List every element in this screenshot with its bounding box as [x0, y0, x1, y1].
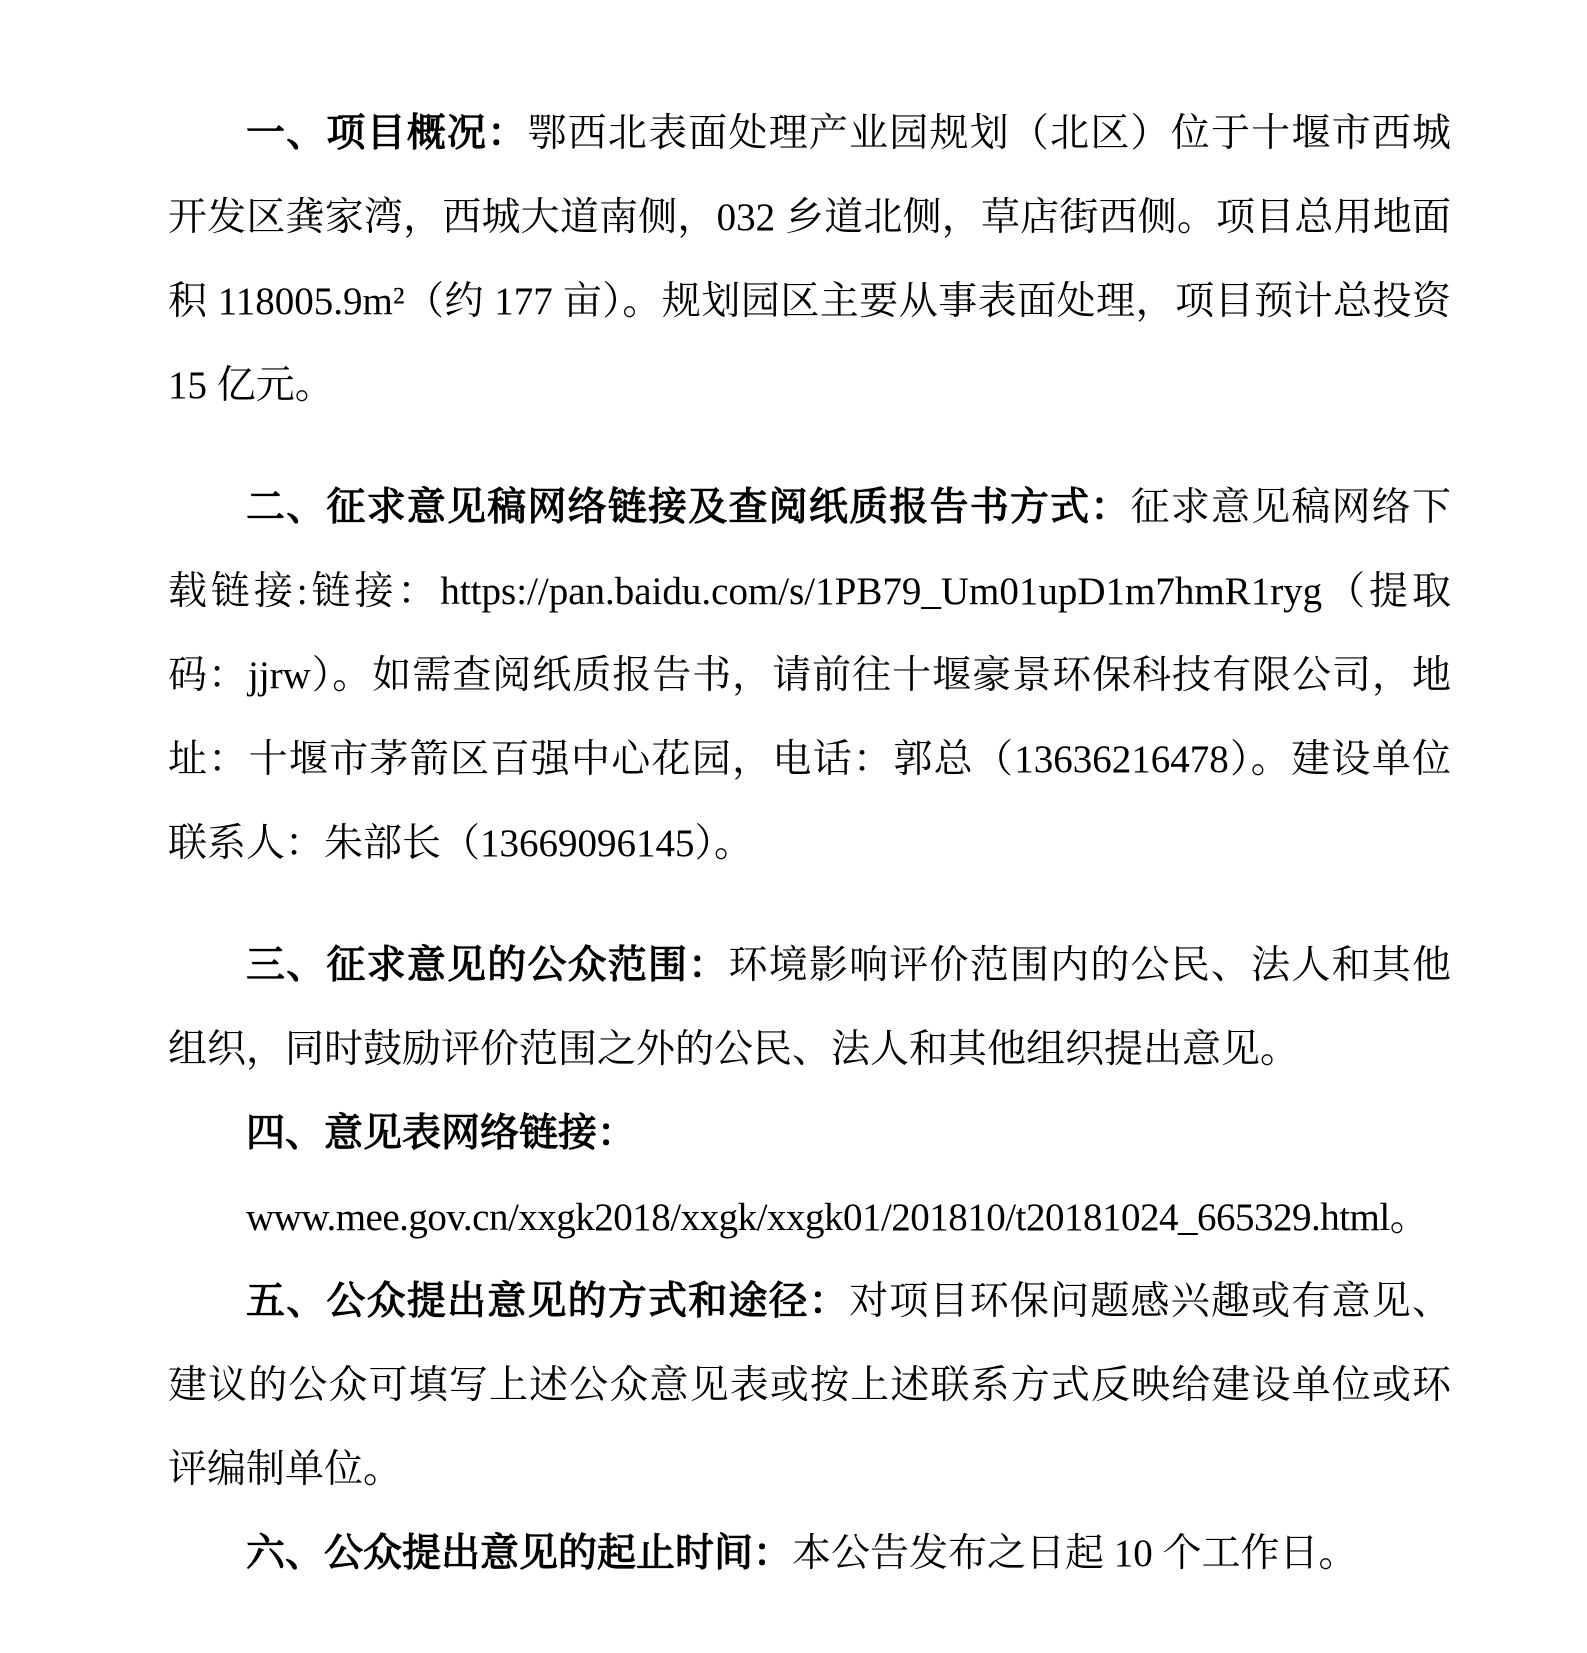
section-3-public-scope: 三、征求意见的公众范围：环境影响评价范围内的公民、法人和其他组织，同时鼓励评价范…: [168, 924, 1451, 1092]
opinion-form-url-line: www.mee.gov.cn/xxgk2018/xxgk/xxgk01/2018…: [168, 1176, 1451, 1260]
section-2-draft-link-and-paper-report: 二、征求意见稿网络链接及查阅纸质报告书方式：征求意见稿网络下载链接:链接：htt…: [168, 466, 1451, 886]
mee-gov-opinion-form-url: www.mee.gov.cn/xxgk2018/xxgk/xxgk01/2018…: [246, 1196, 1428, 1239]
section-5-feedback-methods: 五、公众提出意见的方式和途径：对项目环保问题感兴趣或有意见、建议的公众可填写上述…: [168, 1260, 1451, 1512]
section-6-body: 本公告发布之日起 10 个工作日。: [792, 1532, 1358, 1575]
section-1-body: 鄂西北表面处理产业园规划（北区）位于十堰市西城开发区龚家湾，西城大道南侧，032…: [168, 112, 1451, 407]
pan-baidu-download-url: https://pan.baidu.com/s/1PB79_Um01upD1m7…: [440, 570, 1322, 613]
section-2-heading: 二、征求意见稿网络链接及查阅纸质报告书方式：: [246, 486, 1131, 529]
section-6-feedback-period: 六、公众提出意见的起止时间：本公告发布之日起 10 个工作日。: [168, 1512, 1451, 1596]
section-1-heading: 一、项目概况：: [246, 112, 527, 155]
section-2-body-rest: （提取码：jjrw）。如需查阅纸质报告书，请前往十堰豪景环保科技有限公司，地址：…: [168, 570, 1451, 865]
document-page: 一、项目概况：鄂西北表面处理产业园规划（北区）位于十堰市西城开发区龚家湾，西城大…: [0, 0, 1587, 1653]
section-6-heading: 六、公众提出意见的起止时间：: [246, 1532, 792, 1575]
section-5-heading: 五、公众提出意见的方式和途径：: [246, 1280, 849, 1323]
section-4-opinion-form-link: 四、意见表网络链接：: [168, 1092, 1451, 1176]
section-3-heading: 三、征求意见的公众范围：: [246, 944, 728, 987]
section-1-project-overview: 一、项目概况：鄂西北表面处理产业园规划（北区）位于十堰市西城开发区龚家湾，西城大…: [168, 92, 1451, 428]
section-4-heading: 四、意见表网络链接：: [246, 1112, 636, 1155]
